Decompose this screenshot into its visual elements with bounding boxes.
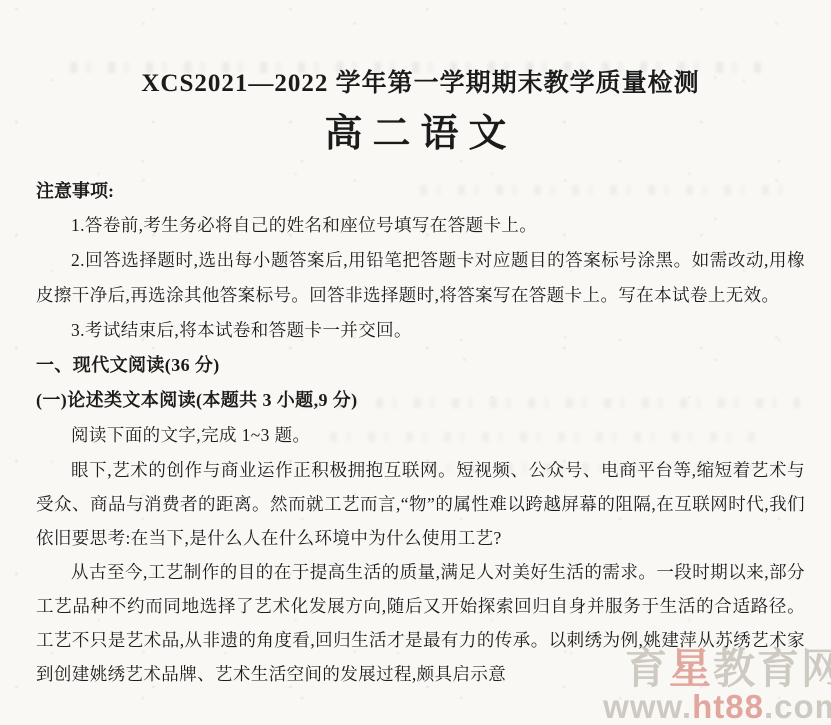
exam-paper-page: XCS2021—2022 学年第一学期期末教学质量检测 高二语文 注意事项: 1… — [0, 0, 831, 691]
exam-subject-title: 高二语文 — [36, 108, 805, 160]
notice-heading: 注意事项: — [36, 174, 805, 208]
watermark-site-url: www.ht88.com — [603, 690, 831, 723]
notice-item-3: 3.考试结束后,将本试卷和答题卡一并交回。 — [36, 313, 805, 348]
subsection-heading-argumentative-text: (一)论述类文本阅读(本题共 3 小题,9 分) — [36, 383, 805, 418]
passage-paragraph-1: 眼下,艺术的创作与商业运作正积极拥抱互联网。短视频、公众号、电商平台等,缩短着艺… — [36, 453, 805, 555]
reading-instruction: 阅读下面的文字,完成 1~3 题。 — [36, 418, 805, 453]
notice-item-2: 2.回答选择题时,选出每小题答案后,用铅笔把答题卡对应题目的答案标号涂黑。如需改… — [36, 243, 805, 313]
exam-title: XCS2021—2022 学年第一学期期末教学质量检测 — [36, 66, 805, 102]
notice-item-1: 1.答卷前,考生务必将自己的姓名和座位号填写在答题卡上。 — [36, 208, 805, 243]
section-heading-modern-reading: 一、现代文阅读(36 分) — [36, 348, 805, 383]
passage-paragraph-2: 从古至今,工艺制作的目的在于提高生活的质量,满足人对美好生活的需求。一段时期以来… — [36, 555, 805, 691]
